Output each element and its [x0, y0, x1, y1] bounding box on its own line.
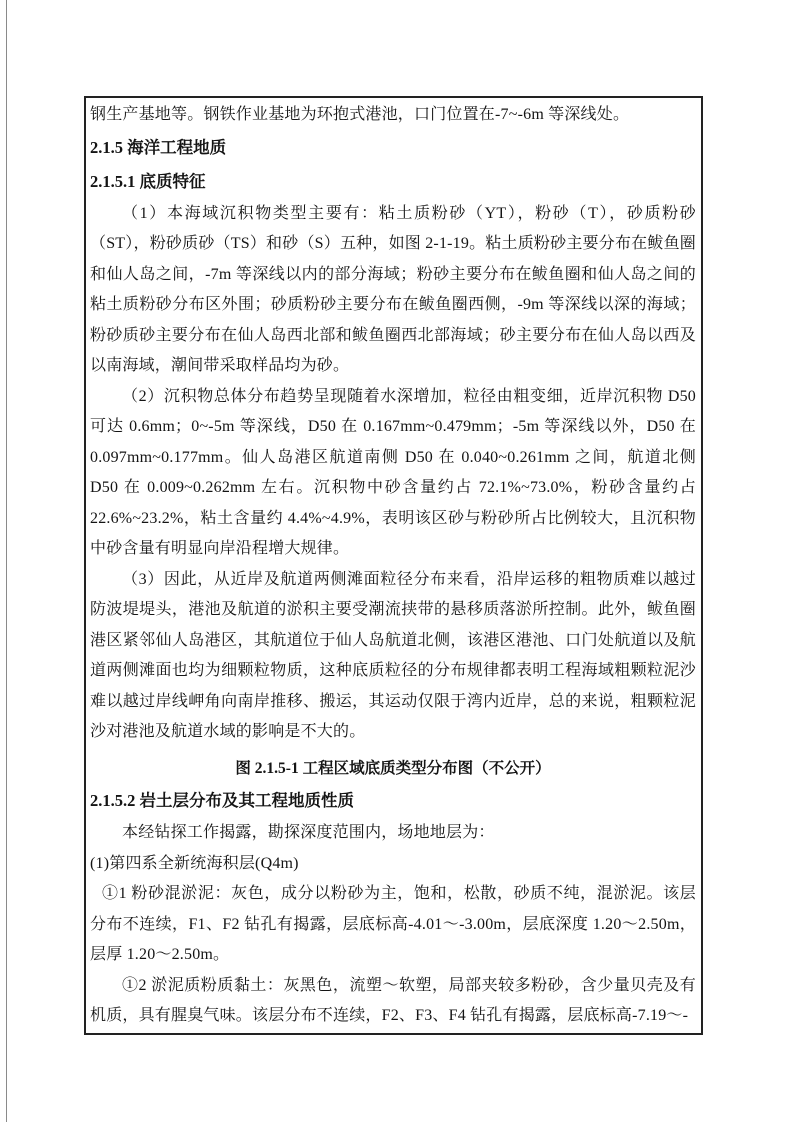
document-page: 钢生产基地等。钢铁作业基地为环抱式港池，口门位置在-7~-6m 等深线处。2.1… — [0, 0, 793, 1122]
page-edge-line — [6, 0, 7, 1122]
body-paragraph: ①1 粉砂混淤泥：灰色，成分以粉砂为主，饱和，松散，砂质不纯，混淤泥。该层分布不… — [90, 879, 696, 971]
section-heading: 2.1.5.2 岩土层分布及其工程地质性质 — [90, 784, 696, 818]
body-paragraph: 钢生产基地等。钢铁作业基地为环抱式港池，口门位置在-7~-6m 等深线处。 — [90, 100, 696, 131]
content-cell: 钢生产基地等。钢铁作业基地为环抱式港池，口门位置在-7~-6m 等深线处。2.1… — [84, 96, 703, 1035]
body-paragraph: 本经钻探工作揭露，勘探深度范围内，场地地层为： — [90, 818, 696, 849]
body-paragraph: （3）因此，从近岸及航道两侧滩面粒径分布来看，沿岸运移的粗物质难以越过防波堤堤头… — [90, 565, 696, 748]
body-paragraph: (1)第四系全新统海积层(Q4m) — [90, 849, 696, 880]
section-heading: 2.1.5 海洋工程地质 — [90, 131, 696, 165]
body-paragraph: （2）沉积物总体分布趋势呈现随着水深增加，粒径由粗变细，近岸沉积物 D50 可达… — [90, 382, 696, 565]
figure-caption: 图 2.1.5-1 工程区域底质类型分布图（不公开） — [90, 754, 696, 785]
section-heading: 2.1.5.1 底质特征 — [90, 165, 696, 199]
body-paragraph: （1）本海域沉积物类型主要有：粘土质粉砂（YT），粉砂（T），砂质粉砂（ST），… — [90, 199, 696, 382]
body-paragraph: ①2 淤泥质粉质黏土：灰黑色，流塑～软塑，局部夹较多粉砂，含少量贝壳及有机质，具… — [90, 971, 696, 1032]
